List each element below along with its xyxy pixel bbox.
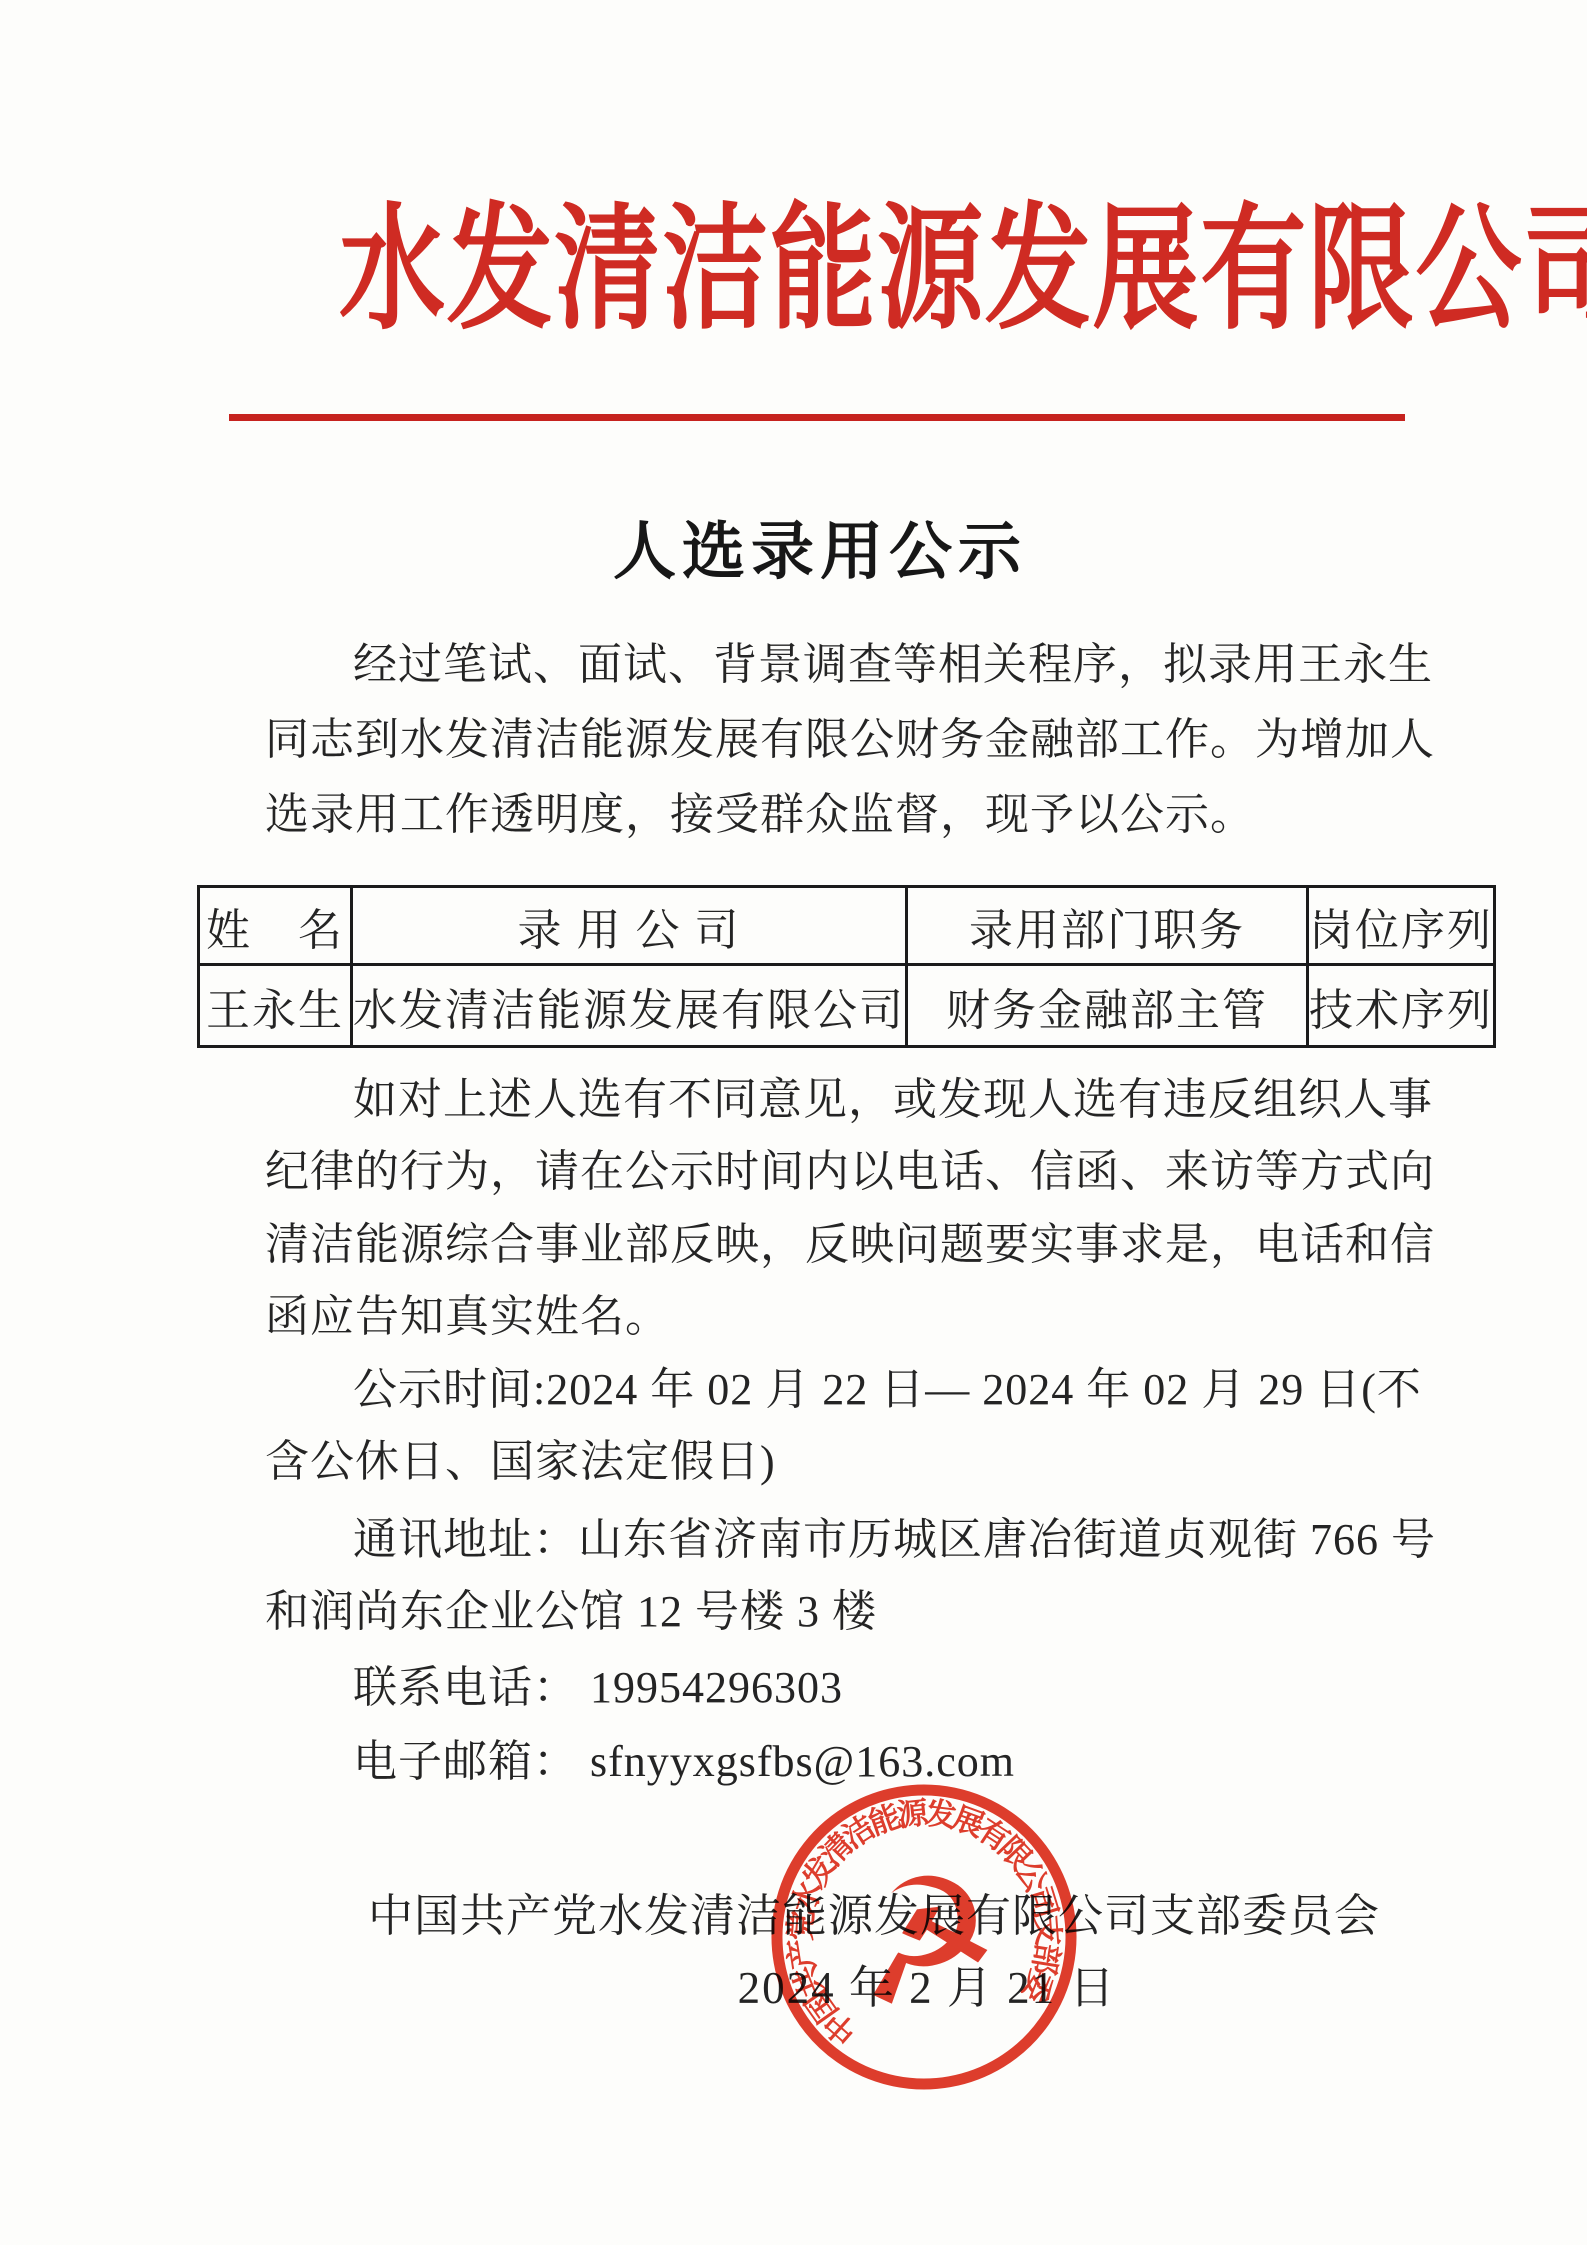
stamp-seal: 中国共产党水发清洁能源发展有限公司支部委员会 ☭ — [752, 1765, 1096, 2109]
letterhead-divider — [229, 414, 1405, 421]
paragraph2-line4: 函应告知真实姓名。 — [265, 1280, 1431, 1354]
phone-line: 联系电话： 19954296303 — [265, 1651, 1519, 1725]
paragraph2-line3: 清洁能源综合事业部反映，反映问题要实事求是，电话和信 — [265, 1208, 1431, 1282]
hammer-sickle-icon: ☭ — [835, 1833, 1014, 2048]
paragraph2-line2: 纪律的行为，请在公示时间内以电话、信函、来访等方式向 — [265, 1135, 1431, 1209]
paragraph2-line1: 如对上述人选有不同意见，或发现人选有违反组织人事 — [265, 1063, 1519, 1137]
paragraph1-line3: 选录用工作透明度，接受群众监督，现予以公示。 — [265, 778, 1431, 852]
cell-position: 财务金融部主管 — [907, 965, 1308, 1047]
header-position: 录用部门职务 — [907, 887, 1308, 965]
document-page: 水发清洁能源发展有限公司 人选录用公示 经过笔试、面试、背景调查等相关程序，拟录… — [0, 0, 1587, 2245]
address-line2: 和润尚东企业公馆 12 号楼 3 楼 — [265, 1575, 1431, 1649]
cell-track: 技术序列 — [1308, 965, 1495, 1047]
document-title: 人选录用公示 — [230, 512, 1410, 592]
header-company: 录 用 公 司 — [352, 887, 907, 965]
notice-time-line2: 含公休日、国家法定假日) — [265, 1425, 1431, 1499]
table-data-row: 王永生 水发清洁能源发展有限公司 财务金融部主管 技术序列 — [199, 965, 1495, 1047]
hiring-table: 姓 名 录 用 公 司 录用部门职务 岗位序列 王永生 水发清洁能源发展有限公司… — [197, 885, 1496, 1048]
table-header-row: 姓 名 录 用 公 司 录用部门职务 岗位序列 — [199, 887, 1495, 965]
paragraph1-line2: 同志到水发清洁能源发展有限公财务金融部工作。为增加人 — [265, 703, 1431, 777]
cell-company: 水发清洁能源发展有限公司 — [352, 965, 907, 1047]
paragraph1-line1: 经过笔试、面试、背景调查等相关程序，拟录用王永生 — [265, 628, 1519, 702]
cell-name: 王永生 — [199, 965, 352, 1047]
header-track: 岗位序列 — [1308, 887, 1495, 965]
address-line1: 通讯地址：山东省济南市历城区唐冶街道贞观街 766 号 — [265, 1503, 1519, 1577]
header-name: 姓 名 — [199, 887, 352, 965]
notice-time-line1: 公示时间:2024 年 02 月 22 日— 2024 年 02 月 29 日(… — [265, 1353, 1519, 1427]
company-letterhead-title: 水发清洁能源发展有限公司 — [339, 192, 1297, 352]
